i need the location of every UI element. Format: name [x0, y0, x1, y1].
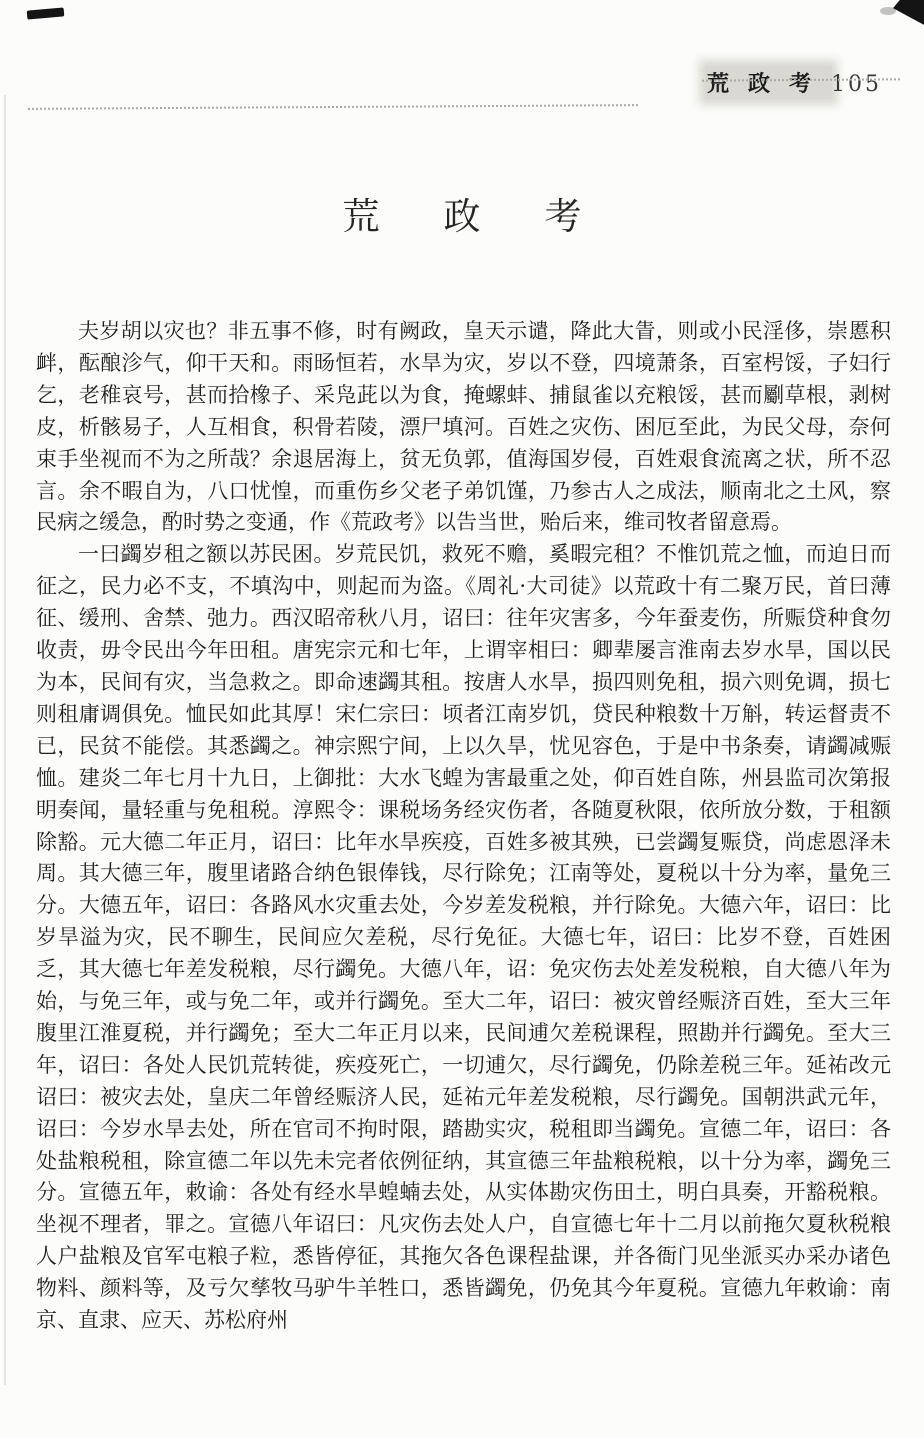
book-page: 荒政考 105 荒政考 夫岁胡以灾也？非五事不修，时有阙政，皇天示谴，降此大眚，…: [0, 0, 924, 1438]
scan-smudge: [880, 7, 896, 15]
running-title: 荒政考: [705, 66, 832, 99]
page-number: 105: [831, 72, 882, 97]
scan-artifact-top-left: [27, 7, 65, 19]
page-title-text: 荒政考: [343, 195, 646, 238]
body-text: 夫岁胡以灾也？非五事不修，时有阙政，皇天示谴，降此大眚，则或小民淫侈，崇慝积衅，…: [36, 316, 891, 1337]
body-paragraph: 夫岁胡以灾也？非五事不修，时有阙政，皇天示谴，降此大眚，则或小民淫侈，崇慝积衅，…: [36, 316, 891, 539]
header-dotted-rule: [28, 104, 638, 110]
page-title: 荒政考: [0, 186, 924, 240]
page-header: 荒政考 105: [705, 66, 882, 99]
scan-artifact-top-right: [893, 0, 924, 27]
body-paragraph: 一曰蠲岁租之额以苏民困。岁荒民饥，救死不赡，奚暇完租？不惟饥荒之恤，而迫日而征之…: [36, 539, 891, 1337]
scan-edge-shadow: [4, 95, 6, 1385]
